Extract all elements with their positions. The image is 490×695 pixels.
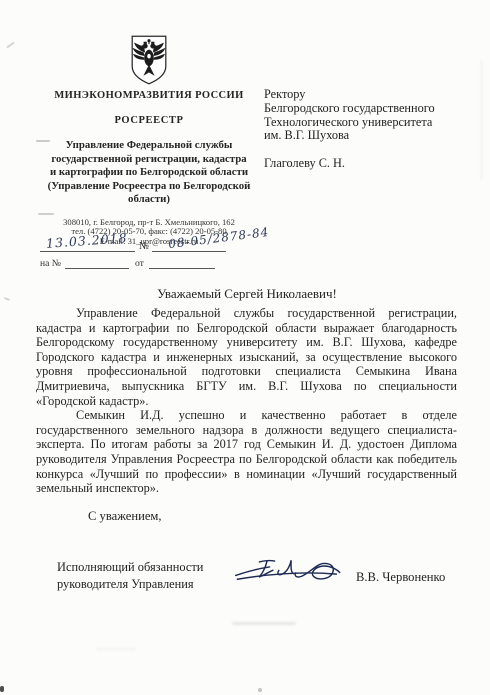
scanned-letter-page: МИНЭКОНОМРАЗВИТИЯ РОССИИ РОСРЕЕСТР Управ…: [0, 0, 490, 695]
signer-position-line: руководителя Управления: [57, 576, 203, 593]
scan-artifact: [96, 648, 136, 650]
number-symbol: №: [139, 241, 149, 252]
letter-body: Управление Федеральной службы государств…: [36, 306, 457, 496]
scan-artifact: [6, 42, 15, 49]
salutation: Уважаемый Сергей Николаевич!: [36, 286, 458, 302]
reply-reference-row: на №от: [40, 256, 275, 272]
scan-artifact: [0, 686, 4, 692]
recipient-line: Белгородского государственного: [264, 102, 474, 116]
signer-name: В.В. Червоненко: [356, 570, 445, 585]
letterhead: МИНЭКОНОМРАЗВИТИЯ РОССИИ РОСРЕЕСТР Управ…: [30, 34, 268, 246]
coat-of-arms-icon: [128, 34, 170, 86]
closing-phrase: С уважением,: [88, 509, 162, 524]
department-name: Управление Федеральной службы государств…: [30, 139, 268, 207]
paragraph: Семыкин И.Д. успешно и качественно работ…: [36, 408, 457, 496]
reply-number-blank: [65, 256, 129, 269]
recipient-name: Глаголеву С. Н.: [264, 157, 474, 171]
recipient-block: Ректору Белгородского государственного Т…: [264, 88, 474, 171]
paragraph: Управление Федеральной службы государств…: [36, 306, 457, 408]
scan-artifact: [4, 297, 10, 301]
recipient-line: Технологического университета: [264, 116, 474, 130]
signer-position-line: Исполняющий обязанности: [57, 559, 203, 576]
recipient-line: им. В.Г. Шухова: [264, 129, 474, 143]
department-line: Управление Федеральной службы: [30, 139, 268, 153]
scan-artifact: [480, 60, 483, 180]
recipient-line: Ректору: [264, 88, 474, 102]
department-line: и картографии по Белгородской области: [30, 166, 268, 180]
department-line: (Управление Росреестра по Белгородской о…: [30, 180, 268, 207]
reference-row: № 13.03.2018 08-05/2878-84: [40, 233, 275, 257]
reply-date-label: от: [135, 258, 144, 269]
scan-artifact: [232, 622, 296, 625]
agency-name: РОСРЕЕСТР: [30, 115, 268, 126]
reply-date-blank: [149, 256, 215, 269]
reply-number-label: на №: [40, 258, 61, 269]
ministry-name: МИНЭКОНОМРАЗВИТИЯ РОССИИ: [30, 90, 268, 101]
scan-artifact: [38, 213, 54, 215]
signer-position: Исполняющий обязанности руководителя Упр…: [57, 559, 203, 592]
scan-artifact: [258, 688, 262, 692]
department-line: государственной регистрации, кадастра: [30, 153, 268, 167]
signature-image: [234, 550, 344, 589]
scan-artifact: [36, 140, 50, 142]
